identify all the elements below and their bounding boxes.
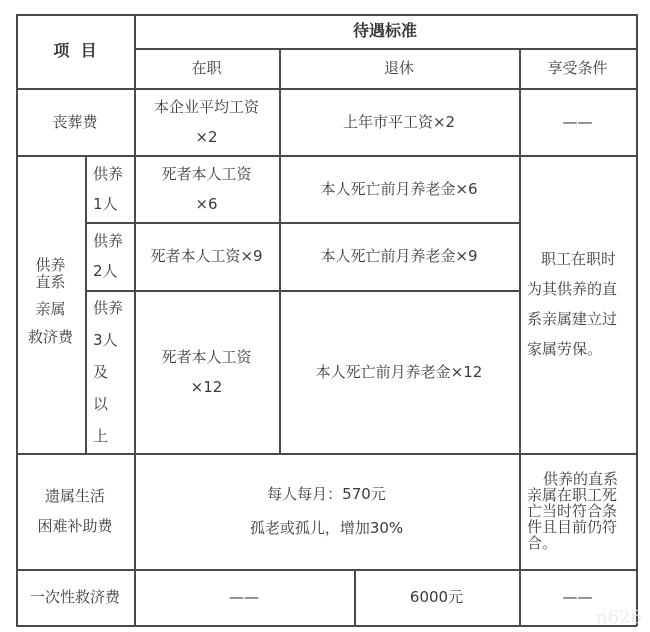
- relief-condition-line4: 家属劳保。: [527, 334, 602, 364]
- lump-sum-retired-text: 6000元: [410, 582, 463, 612]
- relief-row2-retired-text: 本人死亡前月养老金×9: [320, 241, 477, 271]
- lump-sum-label: 一次性救济费: [16, 569, 134, 625]
- relief-row3-sub-line1: 供养: [93, 292, 123, 324]
- relief-row3-employed-line2: ×12: [191, 372, 223, 402]
- header-item: 项 目: [16, 14, 134, 88]
- grid-line: [16, 88, 637, 90]
- grid-line: [16, 155, 637, 157]
- relief-label: 供养 直系 亲属 救济费: [16, 155, 85, 453]
- lump-sum-retired: 6000元: [354, 569, 519, 625]
- funeral-label: 丧葬费: [16, 88, 134, 155]
- header-group: 待遇标准: [134, 14, 636, 48]
- grid-line: [16, 569, 637, 571]
- survivor-subsidy-value-line2: 孤老或孤儿，增加30%: [250, 511, 403, 545]
- survivor-subsidy-condition: 供养的直系 亲属在职工死 亡当时符合条 件且目前仍符 合。: [519, 453, 636, 569]
- relief-row3-employed: 死者本人工资 ×12: [134, 290, 279, 453]
- grid-line: [519, 48, 521, 626]
- grid-line: [279, 48, 281, 453]
- relief-label-line2: 直系: [35, 274, 65, 291]
- relief-row1-sub-line1: 供养: [93, 159, 123, 189]
- relief-row1-retired: 本人死亡前月养老金×6: [279, 155, 519, 222]
- survivor-subsidy-condition-line3: 亡当时符合条: [527, 503, 617, 519]
- relief-condition-line2: 为其供养的直: [527, 274, 617, 304]
- lump-sum-employed: ——: [134, 569, 354, 625]
- lump-sum-condition-text: ——: [563, 582, 593, 612]
- relief-row2-employed-text: 死者本人工资×9: [150, 241, 262, 271]
- relief-condition: 职工在职时 为其供养的直 系亲属建立过 家属劳保。: [519, 155, 636, 453]
- funeral-retired-text: 上年市平工资×2: [343, 107, 455, 137]
- relief-row2-sub-line1: 供养: [93, 226, 123, 256]
- grid-line: [16, 625, 637, 627]
- grid-line: [636, 14, 638, 626]
- relief-row1-employed: 死者本人工资 ×6: [134, 155, 279, 222]
- funeral-label-text: 丧葬费: [52, 107, 97, 137]
- header-retired: 退休: [279, 48, 519, 88]
- grid-line: [85, 290, 519, 292]
- funeral-employed-line1: 本企业平均工资: [154, 92, 259, 122]
- relief-row1-sub: 供养 1人: [85, 155, 134, 222]
- survivor-subsidy-condition-line4: 件且目前仍符: [527, 519, 617, 535]
- relief-row2-employed: 死者本人工资×9: [134, 222, 279, 290]
- funeral-employed-line2: ×2: [195, 122, 217, 152]
- lump-sum-employed-text: ——: [229, 582, 259, 612]
- relief-row1-employed-line2: ×6: [195, 189, 217, 219]
- funeral-condition-text: ——: [563, 107, 593, 137]
- relief-row3-sub: 供养 3人 及 以 上: [85, 290, 134, 453]
- survivor-subsidy-label-line2: 困难补助费: [37, 511, 112, 541]
- survivor-subsidy-label: 遗属生活 困难补助费: [16, 453, 134, 569]
- funeral-employed: 本企业平均工资 ×2: [134, 88, 279, 155]
- survivor-subsidy-value: 每人每月：570元 孤老或孤儿，增加30%: [134, 453, 519, 569]
- relief-row1-retired-text: 本人死亡前月养老金×6: [320, 174, 477, 204]
- relief-condition-line3: 系亲属建立过: [527, 304, 617, 334]
- relief-row3-retired-text: 本人死亡前月养老金×12: [316, 357, 483, 387]
- grid-line: [16, 14, 637, 16]
- grid-line: [354, 569, 356, 626]
- relief-row2-sub-line2: 2人: [93, 256, 118, 286]
- header-employed: 在职: [134, 48, 279, 88]
- funeral-retired: 上年市平工资×2: [279, 88, 519, 155]
- relief-row1-sub-line2: 1人: [93, 189, 118, 219]
- lump-sum-label-text: 一次性救济费: [30, 582, 120, 612]
- header-item-label: 项 目: [53, 36, 96, 66]
- grid-line: [134, 14, 136, 626]
- relief-condition-line1: 职工在职时: [527, 244, 616, 274]
- survivor-subsidy-condition-line1: 供养的直系: [527, 471, 618, 487]
- header-group-label: 待遇标准: [353, 16, 417, 46]
- relief-row3-sub-line3: 及: [93, 356, 108, 388]
- grid-line: [16, 14, 18, 626]
- header-condition-label: 享受条件: [547, 53, 607, 83]
- grid-line: [16, 453, 637, 455]
- grid-line: [85, 222, 519, 224]
- relief-row3-retired: 本人死亡前月养老金×12: [279, 290, 519, 453]
- funeral-condition: ——: [519, 88, 636, 155]
- header-retired-label: 退休: [384, 53, 414, 83]
- relief-row2-sub: 供养 2人: [85, 222, 134, 290]
- survivor-subsidy-value-line1: 每人每月：570元: [267, 477, 386, 511]
- header-condition: 享受条件: [519, 48, 636, 88]
- relief-label-line1: 供养: [35, 257, 65, 274]
- grid-line: [85, 155, 87, 453]
- survivor-subsidy-label-line1: 遗属生活: [45, 481, 105, 511]
- watermark: n626: [596, 607, 642, 628]
- relief-row1-employed-line1: 死者本人工资: [161, 159, 251, 189]
- relief-row3-employed-line1: 死者本人工资: [161, 342, 251, 372]
- relief-label-line3: 亲属: [35, 295, 65, 323]
- survivor-subsidy-condition-line5: 合。: [527, 535, 557, 551]
- survivor-subsidy-condition-line2: 亲属在职工死: [527, 487, 617, 503]
- relief-row3-sub-line5: 上: [93, 420, 108, 452]
- relief-row2-retired: 本人死亡前月养老金×9: [279, 222, 519, 290]
- relief-row3-sub-line4: 以: [93, 388, 108, 420]
- relief-label-line4: 救济费: [28, 323, 73, 351]
- relief-row3-sub-line2: 3人: [93, 324, 118, 356]
- grid-line: [134, 48, 637, 50]
- header-employed-label: 在职: [191, 53, 221, 83]
